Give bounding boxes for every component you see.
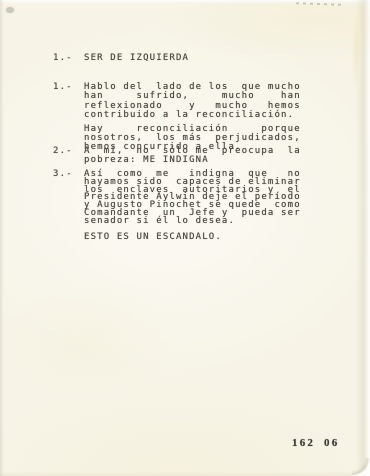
page-number-stamp: 162 06 — [292, 437, 339, 449]
scanned-page: 1.- SER DE IZQUIERDA 1.- Hablo del lado … — [0, 0, 370, 476]
paper-speck — [6, 7, 14, 13]
paper-corner-shadow — [352, 458, 370, 476]
text-line: senador si él lo desea. — [84, 218, 324, 226]
section-heading: SER DE IZQUIERDA — [84, 54, 324, 63]
item-number: 2.- — [53, 147, 73, 156]
paper-stain — [352, 8, 360, 98]
text-line: contribuido a la reconciliación. — [84, 111, 324, 120]
item-number: 1.- — [53, 83, 73, 92]
item-number: 3.- — [53, 171, 73, 179]
item-1-paragraph-1: Hablo del lado de los que mucho han sufr… — [84, 83, 324, 121]
scan-edge-left — [0, 0, 4, 476]
closing-statement: ESTO ES UN ESCANDALO. — [84, 233, 222, 242]
paper-scratch — [296, 2, 342, 6]
scan-edge-bottom — [0, 471, 370, 476]
item-number: 1.- — [53, 54, 73, 63]
text-line: pobreza: ME INDIGNA — [84, 156, 324, 165]
